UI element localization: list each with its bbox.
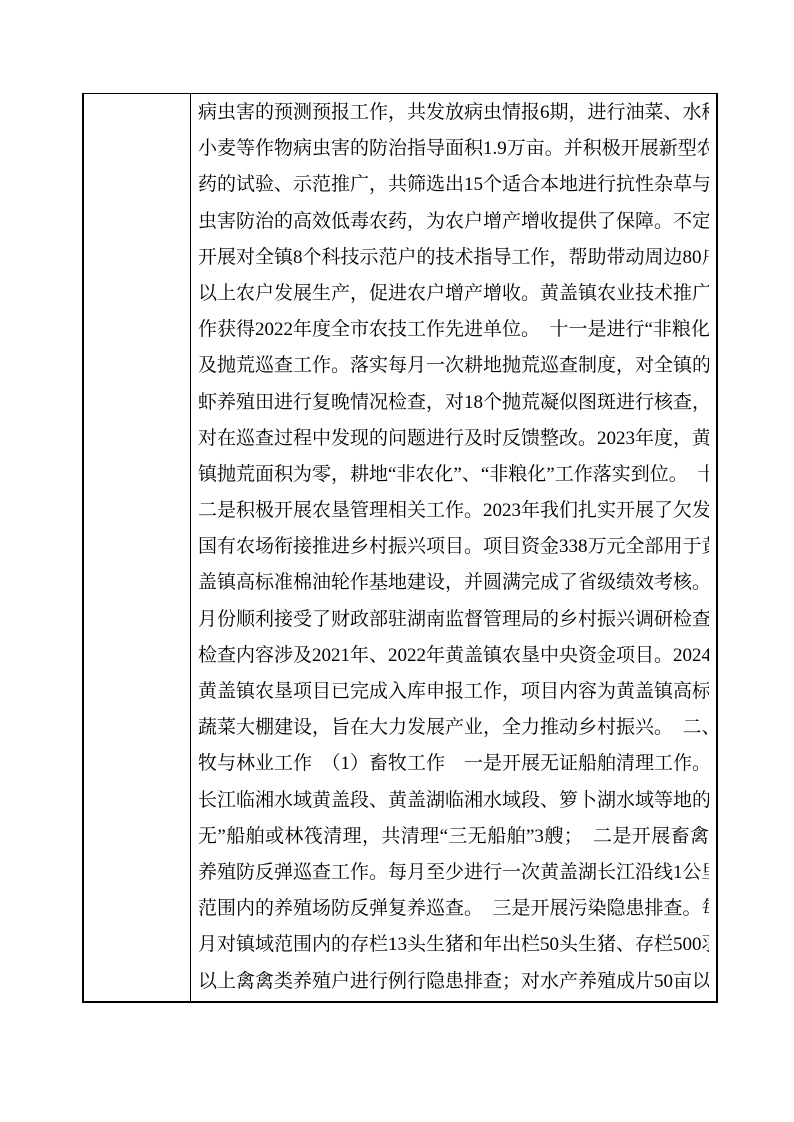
text-line: 作获得2022年度全市农技工作先进单位。 十一是进行“非粮化” (198, 312, 709, 348)
text-line: 虾养殖田进行复晚情况检查，对18个抛荒凝似图斑进行核查，并 (198, 385, 709, 421)
text-line: 开展对全镇8个科技示范户的技术指导工作，帮助带动周边80户 (198, 240, 709, 276)
text-line: 虫害防治的高效低毒农药，为农户增产增收提供了保障。不定期 (198, 204, 709, 240)
text-line: 对在巡查过程中发现的问题进行及时反馈整改。2023年度，黄盖 (198, 421, 709, 457)
text-line: 镇抛荒面积为零，耕地“非农化”、“非粮化”工作落实到位。 十 (198, 457, 709, 493)
text-line: 病虫害的预测预报工作，共发放病虫情报6期，进行油菜、水稻、 (198, 95, 709, 131)
table-cell-label (84, 94, 191, 1001)
text-line: 牧与林业工作 （1）畜牧工作 一是开展无证船舶清理工作。完成 (198, 746, 709, 782)
text-line: 二是积极开展农垦管理相关工作。2023年我们扎实开展了欠发达 (198, 493, 709, 529)
text-line: 国有农场衔接推进乡村振兴项目。项目资金338万元全部用于黄 (198, 529, 709, 565)
text-line: 及抛荒巡查工作。落实每月一次耕地抛荒巡查制度，对全镇的稻 (198, 348, 709, 384)
text-line: 长江临湘水域黄盖段、黄盖湖临湘水域段、箩卜湖水域等地的“三 (198, 783, 709, 819)
text-line: 黄盖镇农垦项目已完成入库申报工作，项目内容为黄盖镇高标准 (198, 674, 709, 710)
text-line: 月份顺利接受了财政部驻湖南监督管理局的乡村振兴调研检查， (198, 602, 709, 638)
text-line: 无”船舶或林筏清理，共清理“三无船舶”3艘； 二是开展畜禽 (198, 819, 709, 855)
text-line: 范围内的养殖场防反弹复养巡查。 三是开展污染隐患排查。每 (198, 891, 709, 927)
report-table: 病虫害的预测预报工作，共发放病虫情报6期，进行油菜、水稻、小麦等作物病虫害的防治… (82, 93, 718, 1003)
text-line: 以上禽禽类养殖户进行例行隐患排查；对水产养殖成片50亩以上 (198, 964, 709, 1000)
text-line: 蔬菜大棚建设，旨在大力发展产业，全力推动乡村振兴。 二、畜 (198, 710, 709, 746)
text-line: 药的试验、示范推广，共筛选出15个适合本地进行抗性杂草与病 (198, 167, 709, 203)
text-line: 检查内容涉及2021年、2022年黄盖镇农垦中央资金项目。2024年 (198, 638, 709, 674)
text-line: 月对镇域范围内的存栏13头生猪和年出栏50头生猪、存栏500羽 (198, 927, 709, 963)
text-line: 盖镇高标准棉油轮作基地建设，并圆满完成了省级绩效考核。四 (198, 565, 709, 601)
text-line: 小麦等作物病虫害的防治指导面积1.9万亩。并积极开展新型农 (198, 131, 709, 167)
table-cell-content: 病虫害的预测预报工作，共发放病虫情报6期，进行油菜、水稻、小麦等作物病虫害的防治… (191, 94, 716, 1001)
text-line: 以上农户发展生产，促进农户增产增收。黄盖镇农业技术推广工 (198, 276, 709, 312)
text-line: 养殖防反弹巡查工作。每月至少进行一次黄盖湖长江沿线1公里 (198, 855, 709, 891)
document-page: 病虫害的预测预报工作，共发放病虫情报6期，进行油菜、水稻、小麦等作物病虫害的防治… (0, 0, 794, 1122)
